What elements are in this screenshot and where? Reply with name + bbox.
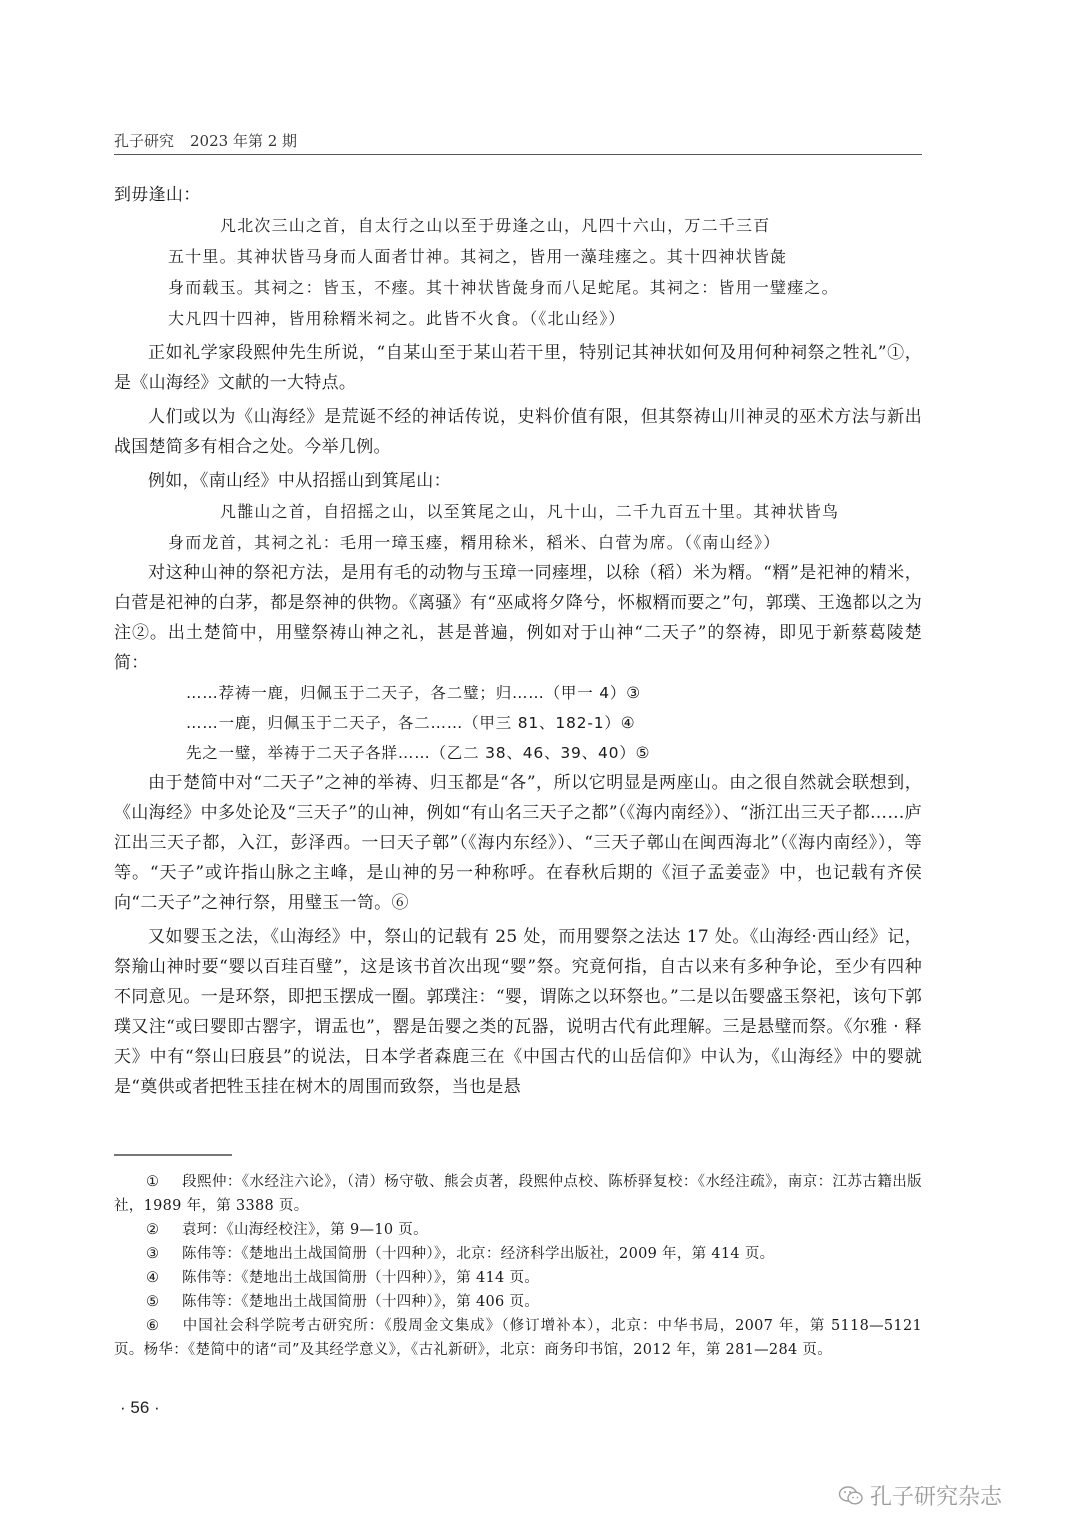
quote-line: 身而龙首，其祠之礼：毛用一璋玉瘗，糈用稌米，稻米、白菅为席。（《南山经》） (114, 527, 922, 558)
footnote-text: 陈伟等：《楚地出土战国简册（十四种）》，北京：经济科学出版社，2009 年，第 … (182, 1246, 774, 1262)
paragraph: 正如礼学家段熙仲先生所说，“自某山至于某山若干里，特别记其神状如何及用何种祠祭之… (114, 338, 922, 398)
block-quote: 凡北次三山之首，自太行之山以至于毋逢之山，凡四十六山，万二千三百 五十里。其神状… (114, 210, 922, 334)
wechat-icon (838, 1485, 864, 1507)
watermark: 孔子研究杂志 (838, 1480, 1002, 1511)
quote-line: 身而载玉。其祠之：皆玉，不瘗。其十神状皆彘身而八足蛇尾。其祠之：皆用一璧瘗之。 (114, 272, 922, 303)
article-body: 到毋逢山： 凡北次三山之首，自太行之山以至于毋逢之山，凡四十六山，万二千三百 五… (114, 180, 922, 1102)
running-header: 孔子研究2023 年第 2 期 (114, 130, 922, 155)
footnote: ④陈伟等：《楚地出土战国简册（十四种）》，第 414 页。 (114, 1266, 922, 1290)
issue-label: 2023 年第 2 期 (190, 132, 297, 150)
watermark-text: 孔子研究杂志 (870, 1480, 1002, 1511)
quote-line: 凡北次三山之首，自太行之山以至于毋逢之山，凡四十六山，万二千三百 (168, 210, 922, 241)
page-number: · 56 · (120, 1398, 160, 1418)
footnote-number: ② (114, 1218, 182, 1242)
footnote-number: ⑥ (114, 1314, 182, 1338)
quote-line: 凡䧿山之首，自招摇之山，以至箕尾之山，凡十山，二千九百五十里。其神状皆鸟 (168, 496, 922, 527)
footnote: ②袁珂：《山海经校注》，第 9—10 页。 (114, 1218, 922, 1242)
footnote-text: 段熙仲：《水经注六论》，（清）杨守敬、熊会贞著，段熙仲点校、陈桥驿复校：《水经注… (114, 1174, 922, 1214)
footnote: ①段熙仲：《水经注六论》，（清）杨守敬、熊会贞著，段熙仲点校、陈桥驿复校：《水经… (114, 1170, 922, 1218)
footnote-number: ① (114, 1170, 182, 1194)
journal-name: 孔子研究 (114, 132, 174, 150)
footnote-text: 中国社会科学院考古研究所：《殷周金文集成》（修订增补本），北京：中华书局，200… (114, 1318, 922, 1358)
paragraph: 由于楚简中对“二天子”之神的举祷、归玉都是“各”，所以它明显是两座山。由之很自然… (114, 768, 922, 918)
paragraph: 到毋逢山： (114, 180, 922, 210)
footnote-number: ③ (114, 1242, 182, 1266)
quote-line: ……一鹿，归佩玉于二天子，各二……（甲三 81、182-1）④ (114, 708, 922, 738)
footnote: ③陈伟等：《楚地出土战国简册（十四种）》，北京：经济科学出版社，2009 年，第… (114, 1242, 922, 1266)
footnote-text: 袁珂：《山海经校注》，第 9—10 页。 (182, 1222, 428, 1238)
footnote: ⑥中国社会科学院考古研究所：《殷周金文集成》（修订增补本），北京：中华书局，20… (114, 1314, 922, 1362)
footnote-number: ④ (114, 1266, 182, 1290)
footnotes: ①段熙仲：《水经注六论》，（清）杨守敬、熊会贞著，段熙仲点校、陈桥驿复校：《水经… (114, 1170, 922, 1362)
block-quote: ……荐祷一鹿，归佩玉于二天子，各二璧；归……（甲一 4）③ ……一鹿，归佩玉于二… (114, 678, 922, 768)
footnote-divider (114, 1154, 232, 1156)
footnote-number: ⑤ (114, 1290, 182, 1314)
paragraph: 人们或以为《山海经》是荒诞不经的神话传说，史料价值有限，但其祭祷山川神灵的巫术方… (114, 402, 922, 462)
footnote-text: 陈伟等：《楚地出土战国简册（十四种）》，第 414 页。 (182, 1270, 539, 1286)
quote-line: 先之一璧，举祷于二天子各牂……（乙二 38、46、39、40）⑤ (114, 738, 922, 768)
block-quote: 凡䧿山之首，自招摇之山，以至箕尾之山，凡十山，二千九百五十里。其神状皆鸟 身而龙… (114, 496, 922, 558)
paragraph: 例如，《南山经》中从招摇山到箕尾山： (114, 466, 922, 496)
footnote-text: 陈伟等：《楚地出土战国简册（十四种）》，第 406 页。 (182, 1294, 539, 1310)
footnote: ⑤陈伟等：《楚地出土战国简册（十四种）》，第 406 页。 (114, 1290, 922, 1314)
paragraph: 又如婴玉之法，《山海经》中，祭山的记载有 25 处，而用婴祭之法达 17 处。《… (114, 922, 922, 1102)
paragraph: 对这种山神的祭祀方法，是用有毛的动物与玉璋一同瘗埋，以稌（稻）米为糈。“糈”是祀… (114, 558, 922, 678)
quote-line: 五十里。其神状皆马身而人面者廿神。其祠之，皆用一藻珪瘗之。其十四神状皆彘 (114, 241, 922, 272)
quote-line: 大凡四十四神，皆用稌糈米祠之。此皆不火食。（《北山经》） (114, 303, 922, 334)
quote-line: ……荐祷一鹿，归佩玉于二天子，各二璧；归……（甲一 4）③ (114, 678, 922, 708)
